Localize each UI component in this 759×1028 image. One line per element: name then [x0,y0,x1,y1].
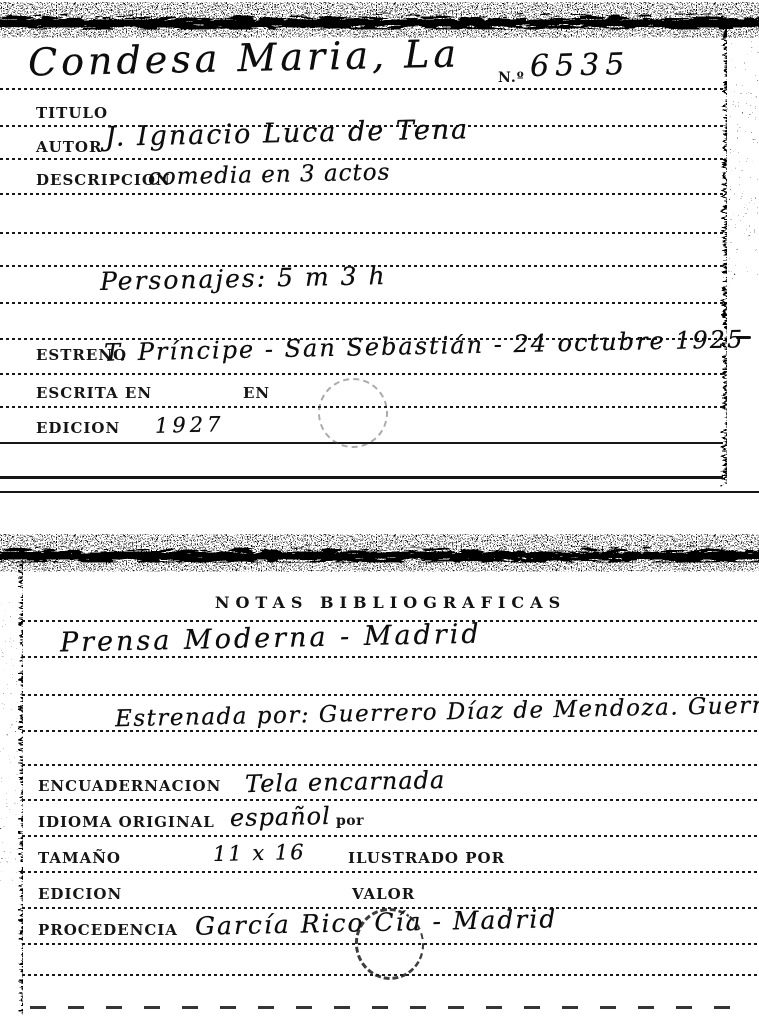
ruled-line [0,232,723,234]
note-line-2: Estrenada por: Guerrero Díaz de Mendoza.… [115,692,759,732]
field-value-edicion: 1927 [155,412,225,437]
field-label-en: EN [243,384,270,402]
field-value-idioma-original: español [230,802,331,832]
card-number-value: 6535 [530,47,631,84]
card-back-left-border [0,556,42,1018]
torn-bottom-edge [30,1006,750,1009]
ruled-line [0,302,723,304]
field-label-titulo: TITULO [36,104,108,122]
field-label-encuadernacion: ENCUADERNACION [38,777,221,795]
field-value-encuadernacion: Tela encarnada [245,766,446,798]
ruled-line [0,193,723,195]
field-label-valor: VALOR [352,885,415,903]
personajes-note: Personajes: 5 m 3 h [100,261,387,296]
ruled-line [22,871,759,873]
field-label-por: por [336,813,364,829]
note-line-1: Prensa Moderna - Madrid [60,619,482,659]
field-label-procedencia: PROCEDENCIA [38,921,178,939]
field-value-autor: J. Ignacio Luca de Tena [105,114,470,153]
field-label-ilustrado-por: ILUSTRADO POR [348,849,505,867]
field-label-tamano: TAMAÑO [38,849,121,867]
card-back-top-border [0,534,759,572]
field-label-escrita-en: ESCRITA EN [36,384,152,402]
field-label-edicion: EDICION [36,419,120,437]
card-number-label: N.º [498,70,525,86]
card-front-right-border [714,24,759,494]
ruled-line [0,373,723,375]
field-value-tamano: 11 x 16 [213,840,306,866]
ruled-line [0,88,723,90]
field-value-descripcion: comedia en 3 actos [148,159,391,190]
field-label-autor: AUTOR [36,138,102,156]
field-value-estreno: T. Príncipe - San Sebastián - 24 octubre… [104,325,745,366]
ruled-line [22,835,759,837]
paper-edge-line [0,491,759,493]
ruled-line [22,799,759,801]
card-front-title: Condesa Maria, La [28,31,461,84]
card-front-bottom-edge [0,476,723,479]
scanned-catalog-cards: Condesa Maria, La N.º 6535 TITULO AUTOR … [0,0,759,1028]
field-label-idioma-original: IDIOMA ORIGINAL [38,813,215,831]
field-label-edicion-back: EDICION [38,885,122,903]
notas-bibliograficas-title: NOTAS BIBLIOGRAFICAS [22,593,759,612]
ruled-line [22,764,759,766]
